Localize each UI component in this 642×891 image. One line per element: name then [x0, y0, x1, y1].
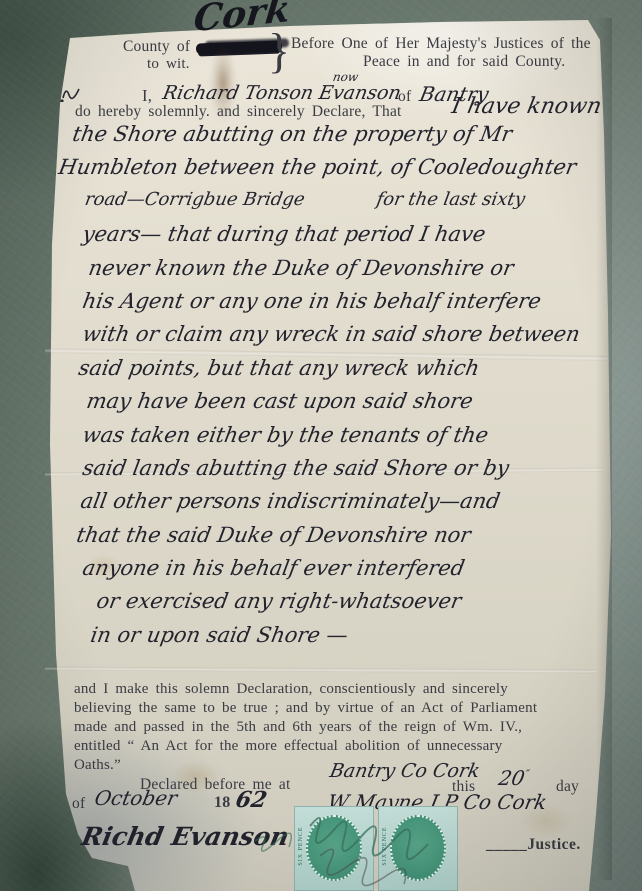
justices-line-2: Peace in and for said County. — [363, 53, 565, 71]
day-number: 20 — [497, 766, 527, 790]
declare-line: do hereby solemnly. and sincerely Declar… — [75, 103, 402, 121]
declaration-line: Humbleton between the point, of Cooledou… — [55, 155, 617, 188]
year-printed: 18 — [214, 794, 230, 812]
declaration-line: with or claim any wreck in said shore be… — [55, 322, 617, 355]
oath-line: believing the same to be true ; and by v… — [74, 700, 537, 719]
declaration-line: his Agent or any one in his behalf inter… — [55, 289, 617, 322]
pen-flourish-mark — [60, 84, 82, 102]
declaration-line: said points, but that any wreck which — [55, 356, 617, 389]
justice-label: _____Justice. — [486, 836, 581, 854]
day-number-handwritten: 20″ — [497, 766, 531, 790]
justices-line-1: Before One of Her Majesty's Justices of … — [291, 35, 591, 53]
declaration-line: may have been cast upon said shore — [55, 389, 617, 422]
oath-line: and I make this solemn Declaration, cons… — [74, 681, 537, 700]
declaration-body: the Shore abutting on the property of Mr… — [58, 122, 614, 656]
declaration-line: years— that during that period I have — [55, 222, 617, 255]
county-label: County of — [123, 38, 190, 56]
superscript-now-handwritten: now — [332, 70, 360, 84]
oath-line: made and passed in the 5th and 6th years… — [74, 719, 537, 738]
of-date-label: of — [72, 795, 85, 813]
day-label: day — [556, 778, 579, 796]
declaration-line: the Shore abutting on the property of Mr — [55, 122, 617, 155]
oath-line: entitled “ An Act for the more effectual… — [74, 738, 537, 757]
declaration-opening-handwritten: I have known — [450, 94, 604, 119]
stamp-cancellation-scribble — [250, 796, 520, 891]
declaration-line: anyone in his behalf ever interfered — [55, 556, 617, 589]
header-brace: } — [268, 23, 290, 79]
to-wit-label: to wit. — [147, 56, 190, 73]
declaration-line: never known the Duke of Devonshire or — [55, 256, 617, 289]
month-handwritten: October — [93, 786, 180, 810]
declaration-line: said lands abutting the said Shore or by — [55, 456, 617, 489]
declaration-line: all other persons indiscriminately—and — [55, 489, 617, 522]
photo-of-document: { "document": { "header": { "county_labe… — [0, 0, 642, 891]
declarant-name-handwritten: Richard Tonson Evanson — [161, 82, 403, 104]
declaration-line: that the said Duke of Devonshire nor — [55, 523, 617, 556]
declaration-line: was taken either by the tenants of the — [55, 423, 617, 456]
declaration-line: road—Corrigbue Bridge for the last sixty — [55, 189, 617, 222]
declaration-line: or exercised any right-whatsoever — [55, 589, 617, 622]
declaration-line: in or upon said Shore — — [55, 623, 617, 656]
